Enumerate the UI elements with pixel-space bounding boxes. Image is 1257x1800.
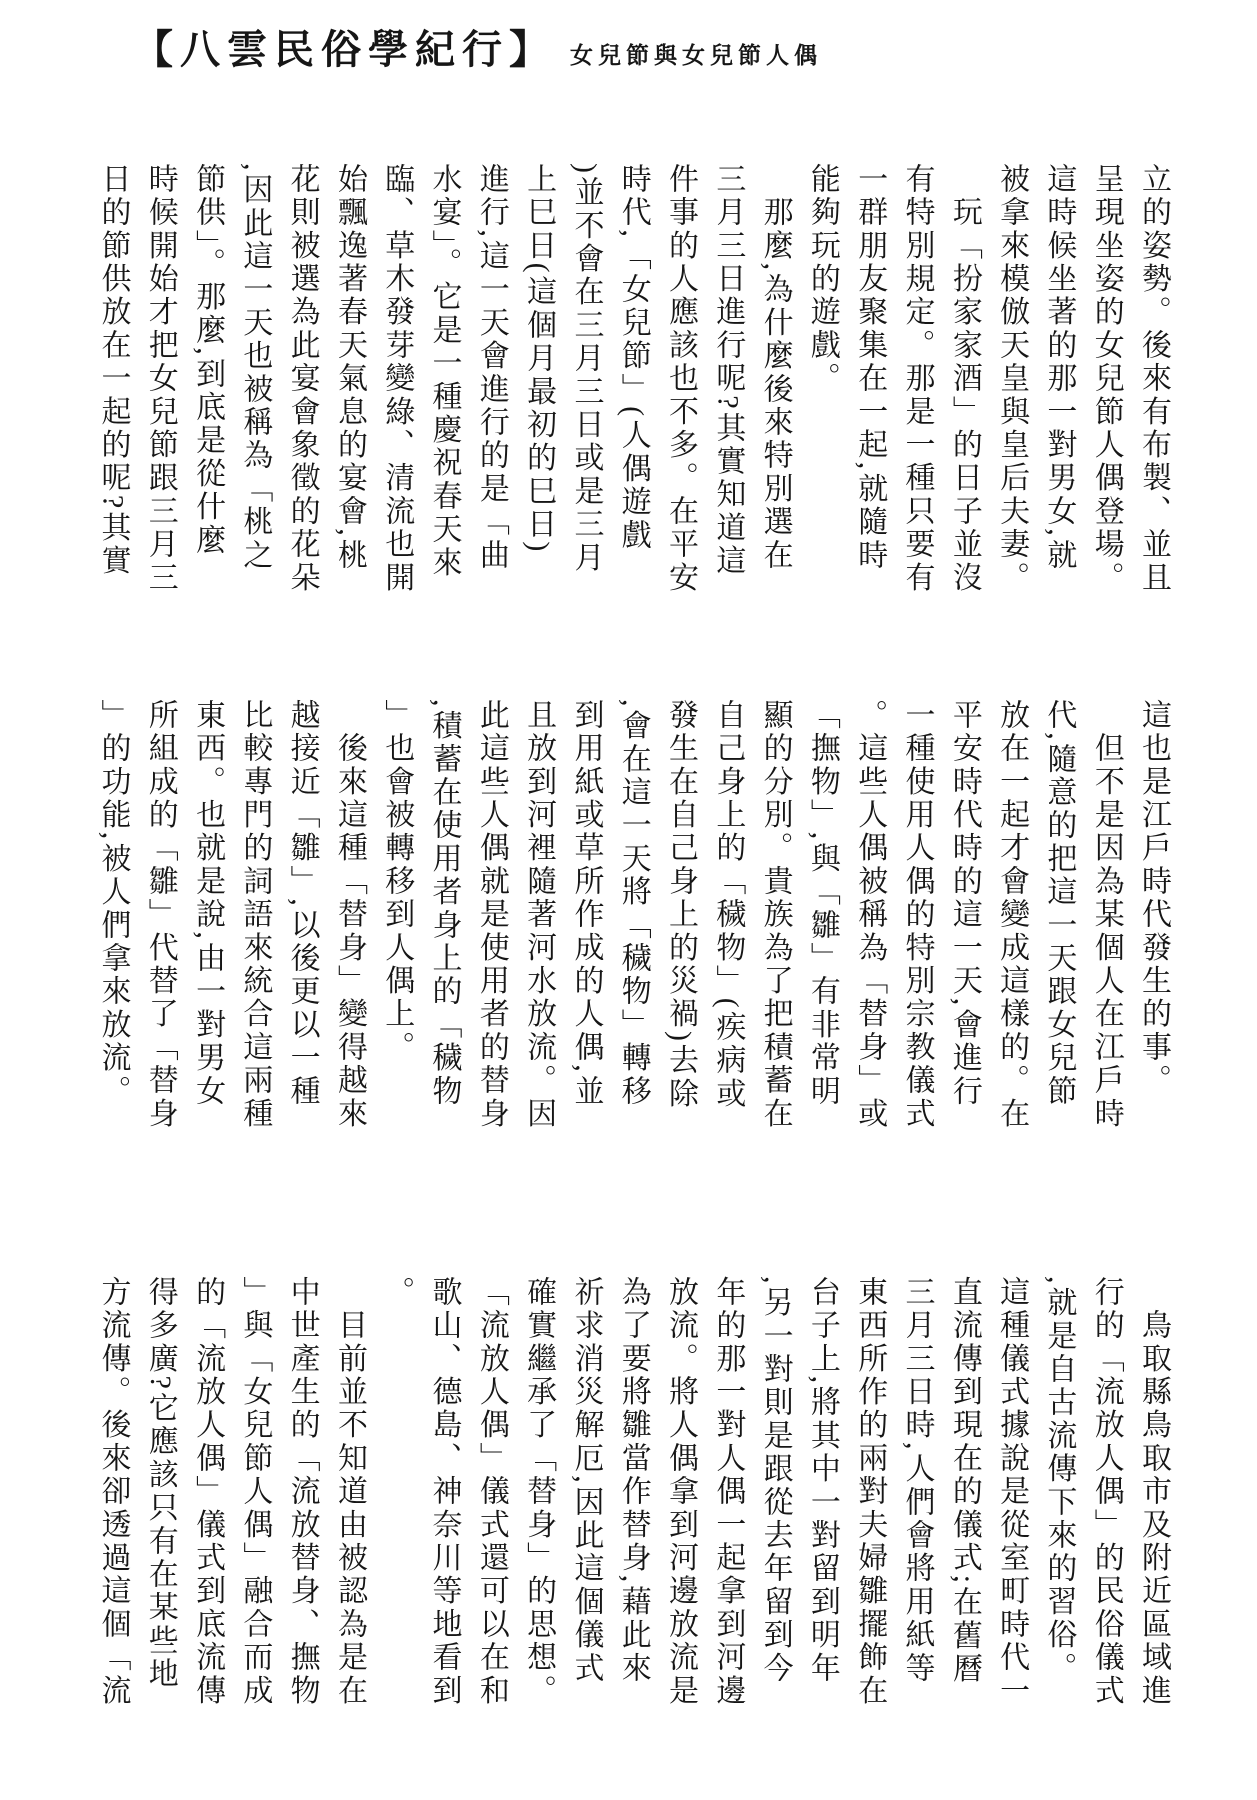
- page-header: 【八雲民俗學紀行】 女兒節與女兒節人偶: [133, 28, 822, 72]
- text-column: 時候開始才把女兒節跟三月三: [136, 163, 183, 599]
- text-column: 但不是因為某個人在江戶時: [1082, 699, 1129, 1135]
- text-block-middle: 這也是江戶時代發生的事。 但不是因為某個人在江戶時代,隨意的把這一天跟女兒節放在…: [89, 699, 1177, 1135]
- text-column: 放在一起才會變成這樣的。在: [988, 699, 1035, 1135]
- text-column: ,積蓄在使用者身上的「穢物: [420, 699, 467, 1135]
- text-column: 水宴」。它是一種慶祝春天來: [420, 163, 467, 599]
- text-column: 得多廣?它應該只有在某些地: [136, 1276, 183, 1712]
- text-column: 顯的分別。貴族為了把積蓄在: [751, 699, 798, 1135]
- text-column: 。: [373, 1276, 420, 1712]
- text-column: 」的功能,被人們拿來放流。: [89, 699, 136, 1135]
- text-column: 為了要將雛當作替身,藉此來: [609, 1276, 656, 1712]
- text-column: 方流傳。後來卻透過這個「流: [89, 1276, 136, 1712]
- text-column: ,就是自古流傳下來的習俗。: [1035, 1276, 1082, 1712]
- text-column: 歌山、德島、神奈川等地看到: [420, 1276, 467, 1712]
- text-column: 確實繼承了「替身」的思想。: [515, 1276, 562, 1712]
- text-column: 花則被選為此宴會象徵的花朵: [278, 163, 325, 599]
- text-column: 台子上,將其中一對留到明年: [799, 1276, 846, 1712]
- text-column: 到用紙或草所作成的人偶,並: [562, 699, 609, 1135]
- text-column: 」與「女兒節人偶」融合而成: [231, 1276, 278, 1712]
- text-column: 「撫物」,與「雛」有非常明: [799, 699, 846, 1135]
- text-block-bottom: 鳥取縣鳥取市及附近區域進行的「流放人偶」的民俗儀式,就是自古流傳下來的習俗。這種…: [89, 1276, 1177, 1712]
- text-column: 上巳日(這個月最初的巳日): [515, 163, 562, 599]
- text-column: ,因此這一天也被稱為「桃之: [231, 163, 278, 599]
- text-column: 直流傳到現在的儀式;在舊曆: [941, 1276, 988, 1712]
- text-block-top: 立的姿勢。後來有布製、並且呈現坐姿的女兒節人偶登場。這時候坐著的那一對男女,就被…: [89, 163, 1177, 599]
- text-column: 比較專門的詞語來統合這兩種: [231, 699, 278, 1135]
- text-column: 三月三日進行呢?其實知道這: [704, 163, 751, 599]
- text-column: 放流。將人偶拿到河邊放流是: [657, 1276, 704, 1712]
- text-column: 中世產生的「流放替身、撫物: [278, 1276, 325, 1712]
- series-title: 【八雲民俗學紀行】: [133, 28, 556, 72]
- text-column: 玩「扮家家酒」的日子並沒: [941, 163, 988, 599]
- text-column: 時代,「女兒節」(人偶遊戲: [609, 163, 656, 599]
- text-column: 能夠玩的遊戲。: [799, 163, 846, 599]
- text-column: 所組成的「雛」代替了「替身: [136, 699, 183, 1135]
- text-column: 立的姿勢。後來有布製、並且: [1130, 163, 1177, 599]
- text-column: 祈求消災解厄,因此這個儀式: [562, 1276, 609, 1712]
- text-column: 越接近「雛」,以後更以一種: [278, 699, 325, 1135]
- text-column: 「流放人偶」儀式還可以在和: [468, 1276, 515, 1712]
- text-column: 目前並不知道由被認為是在: [326, 1276, 373, 1712]
- text-column: 這也是江戶時代發生的事。: [1130, 699, 1177, 1135]
- text-column: 行的「流放人偶」的民俗儀式: [1082, 1276, 1129, 1712]
- text-column: 後來這種「替身」變得越來: [326, 699, 373, 1135]
- text-column: 日的節供放在一起的呢?其實: [89, 163, 136, 599]
- text-column: 平安時代時的這一天,會進行: [941, 699, 988, 1135]
- text-column: 鳥取縣鳥取市及附近區域進: [1130, 1276, 1177, 1712]
- text-column: 臨、草木發芽變綠、清流也開: [373, 163, 420, 599]
- text-column: 一群朋友聚集在一起,就隨時: [846, 163, 893, 599]
- text-column: 有特別規定。那是一種只要有: [893, 163, 940, 599]
- text-column: 代,隨意的把這一天跟女兒節: [1035, 699, 1082, 1135]
- text-column: 。這些人偶被稱為「替身」或: [846, 699, 893, 1135]
- text-column: 那麼,為什麼後來特別選在: [751, 163, 798, 599]
- text-column: 一種使用人偶的特別宗教儀式: [893, 699, 940, 1135]
- text-column: 這種儀式據說是從室町時代一: [988, 1276, 1035, 1712]
- text-column: 件事的人應該也不多。在平安: [657, 163, 704, 599]
- text-column: 三月三日時,人們會將用紙等: [893, 1276, 940, 1712]
- text-column: ,另一對則是跟從去年留到今: [751, 1276, 798, 1712]
- text-column: 東西。也就是說,由一對男女: [184, 699, 231, 1135]
- text-column: 這時候坐著的那一對男女,就: [1035, 163, 1082, 599]
- text-column: 的「流放人偶」儀式到底流傳: [184, 1276, 231, 1712]
- text-column: 被拿來模倣天皇與皇后夫妻。: [988, 163, 1035, 599]
- text-column: 」也會被轉移到人偶上。: [373, 699, 420, 1135]
- text-column: 始飄逸著春天氣息的宴會,桃: [326, 163, 373, 599]
- text-column: 發生在自己身上的災禍)去除: [657, 699, 704, 1135]
- book-page: 【八雲民俗學紀行】 女兒節與女兒節人偶 立的姿勢。後來有布製、並且呈現坐姿的女兒…: [0, 0, 1257, 1800]
- article-title: 女兒節與女兒節人偶: [570, 43, 822, 72]
- text-column: 自己身上的「穢物」(疾病或: [704, 699, 751, 1135]
- text-column: 節供」。那麼,到底是從什麼: [184, 163, 231, 599]
- text-column: 且放到河裡隨著河水放流。因: [515, 699, 562, 1135]
- text-column: 東西所作的兩對夫婦雛擺飾在: [846, 1276, 893, 1712]
- text-column: 此這些人偶就是使用者的替身: [468, 699, 515, 1135]
- text-column: 呈現坐姿的女兒節人偶登場。: [1082, 163, 1129, 599]
- text-column: 年的那一對人偶一起拿到河邊: [704, 1276, 751, 1712]
- text-column: ,會在這一天將「穢物」轉移: [609, 699, 656, 1135]
- text-column: 進行,這一天會進行的是「曲: [468, 163, 515, 599]
- text-column: )並不會在三月三日或是三月: [562, 163, 609, 599]
